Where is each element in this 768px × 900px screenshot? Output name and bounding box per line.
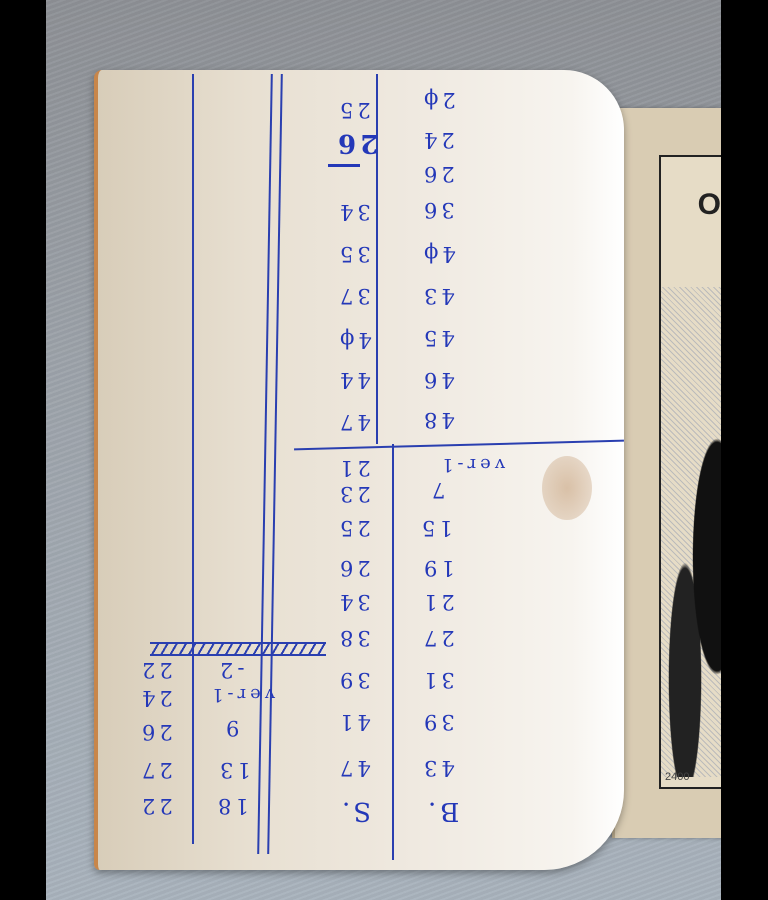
score-cell-highlighted: 26: [334, 128, 378, 158]
score-cell: 19: [420, 556, 455, 580]
score-cell: -2: [216, 658, 244, 682]
score-cell: 27: [138, 758, 173, 782]
underline-mark: [328, 164, 360, 167]
score-cell: 2ϕ: [420, 88, 456, 112]
score-cell: 26: [420, 162, 455, 186]
vertical-line-main-lower: [392, 444, 394, 860]
score-cell: 7: [428, 478, 445, 502]
score-cell: 21: [336, 456, 371, 480]
score-cell: 35: [336, 242, 371, 266]
score-cell: 31: [420, 668, 455, 692]
hatched-divider: [150, 642, 326, 656]
booklet-page: 25 26 34 35 37 4ϕ 44 47 2ϕ 24 26 36 4ϕ 4…: [94, 70, 624, 870]
vertical-line-left: [192, 74, 194, 844]
score-cell: 39: [420, 710, 455, 734]
score-cell: 43: [420, 284, 455, 308]
comic-code: 2400: [665, 771, 689, 783]
score-cell: ver-1: [438, 454, 505, 475]
score-cell: 34: [336, 200, 371, 224]
comic-frame: OS D 2400: [659, 155, 721, 789]
score-cell: 47: [336, 756, 371, 780]
horizontal-line-divider: [294, 440, 624, 451]
score-cell: 38: [336, 626, 371, 650]
score-cell: 25: [336, 516, 371, 540]
score-cell: 41: [336, 710, 371, 734]
score-cell: 43: [420, 756, 455, 780]
column-header-b: B.: [424, 796, 459, 826]
comic-title: OS D: [691, 187, 721, 259]
score-cell: 26: [336, 556, 371, 580]
score-cell: 4ϕ: [336, 328, 372, 352]
score-cell: 26: [138, 720, 173, 744]
score-cell: 22: [138, 658, 173, 682]
score-cell: 24: [138, 686, 173, 710]
coffee-stain: [542, 456, 592, 520]
score-cell: 37: [336, 284, 371, 308]
photo: OS D 2400 25 26 34 35 37 4ϕ 44 47 2ϕ 24 …: [46, 0, 721, 900]
score-cell: 27: [420, 626, 455, 650]
score-cell: 45: [420, 326, 455, 350]
score-cell: 4ϕ: [420, 242, 456, 266]
score-cell: 18: [214, 794, 249, 818]
score-cell: 36: [420, 198, 455, 222]
score-cell: 39: [336, 668, 371, 692]
score-cell: 23: [336, 482, 371, 506]
comic-illustration: [661, 287, 721, 777]
score-cell: 13: [216, 758, 251, 782]
column-header-s: S.: [338, 796, 371, 826]
score-cell: 34: [336, 590, 371, 614]
score-cell: 46: [420, 368, 455, 392]
score-cell: 48: [420, 408, 455, 432]
score-cell: 47: [336, 410, 371, 434]
score-cell: 24: [420, 128, 455, 152]
comic-cover: OS D 2400: [612, 108, 721, 838]
score-cell: 44: [336, 368, 371, 392]
score-cell: 9: [222, 716, 239, 740]
score-cell: 15: [418, 516, 453, 540]
score-cell: ver-1: [208, 684, 275, 705]
score-cell: 21: [420, 590, 455, 614]
score-cell: 22: [138, 794, 173, 818]
score-cell: 25: [336, 98, 371, 122]
